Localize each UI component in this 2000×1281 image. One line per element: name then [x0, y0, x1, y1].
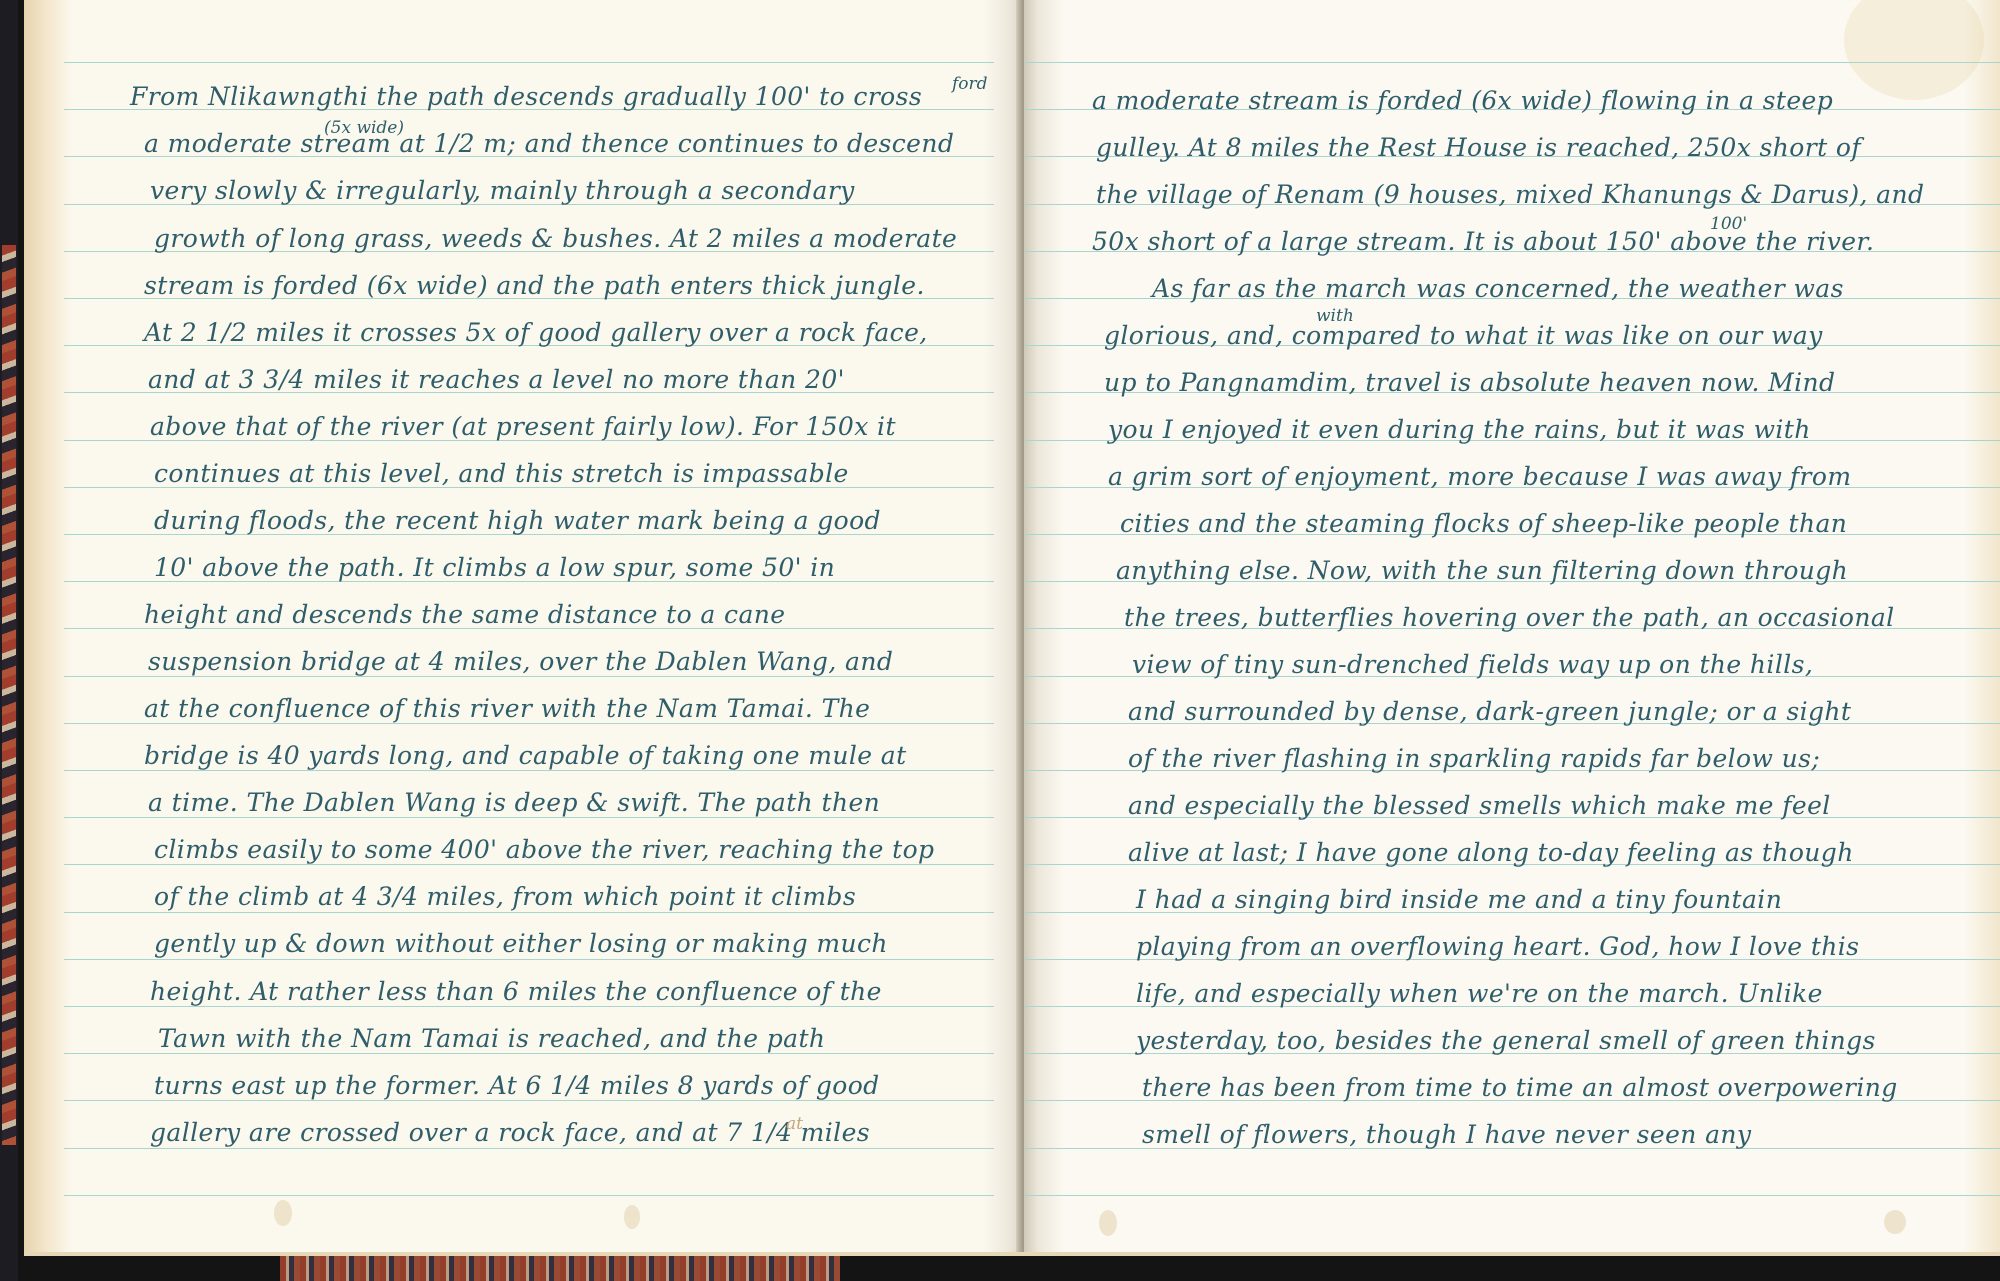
- margin-annotation: at: [786, 1114, 803, 1134]
- text-line: 50x short of a large stream. It is about…: [1092, 227, 1874, 256]
- text-line: playing from an overflowing heart. God, …: [1136, 932, 1859, 961]
- paper-stain: [624, 1205, 640, 1229]
- text-line: the village of Renam (9 houses, mixed Kh…: [1096, 180, 1924, 209]
- ruled-line: [64, 864, 994, 865]
- text-line: life, and especially when we're on the m…: [1136, 979, 1823, 1008]
- text-line: anything else. Now, with the sun filteri…: [1116, 556, 1848, 585]
- text-line: bridge is 40 yards long, and capable of …: [144, 741, 907, 770]
- text-line: turns east up the former. At 6 1/4 miles…: [154, 1071, 880, 1100]
- text-line: above that of the river (at present fair…: [150, 412, 896, 441]
- text-line: gently up & down without either losing o…: [154, 929, 888, 958]
- margin-annotation: (5x wide): [324, 118, 404, 138]
- ruled-line: [64, 1053, 994, 1054]
- ruled-line: [64, 1195, 994, 1196]
- text-line: cities and the steaming flocks of sheep-…: [1120, 509, 1847, 538]
- text-line: smell of flowers, though I have never se…: [1142, 1120, 1751, 1149]
- text-line: at the confluence of this river with the…: [144, 694, 870, 723]
- text-line: Tawn with the Nam Tamai is reached, and …: [158, 1024, 825, 1053]
- marbled-endpaper-bottom: [280, 1254, 840, 1281]
- paper-stain: [1099, 1210, 1117, 1236]
- ruled-line: [64, 817, 994, 818]
- right-page: a moderate stream is forded (6x wide) fl…: [1024, 0, 2000, 1256]
- text-line: gulley. At 8 miles the Rest House is rea…: [1096, 133, 1861, 162]
- text-line: At 2 1/2 miles it crosses 5x of good gal…: [144, 318, 928, 347]
- text-line: you I enjoyed it even during the rains, …: [1108, 415, 1811, 444]
- text-line: there has been from time to time an almo…: [1142, 1073, 1898, 1102]
- marbled-endpaper-edge: [2, 245, 16, 1145]
- text-line: height. At rather less than 6 miles the …: [150, 977, 882, 1006]
- paper-stain: [1844, 0, 1984, 100]
- text-line: and at 3 3/4 miles it reaches a level no…: [148, 365, 845, 394]
- text-line: gallery are crossed over a rock face, an…: [150, 1118, 870, 1147]
- margin-annotation: 100': [1710, 214, 1747, 234]
- ruled-line: [64, 62, 994, 63]
- text-line: alive at last; I have gone along to-day …: [1128, 838, 1854, 867]
- text-line: yesterday, too, besides the general smel…: [1136, 1026, 1876, 1055]
- text-line: and surrounded by dense, dark-green jung…: [1128, 697, 1851, 726]
- ruled-line: [64, 770, 994, 771]
- text-line: view of tiny sun-drenched fields way up …: [1132, 650, 1813, 679]
- paper-stain: [274, 1200, 292, 1226]
- ruled-line: [64, 1148, 994, 1149]
- text-line: the trees, butterflies hovering over the…: [1124, 603, 1895, 632]
- ruled-line: [64, 1006, 994, 1007]
- ruled-line: [1024, 1195, 2000, 1196]
- text-line: climbs easily to some 400' above the riv…: [154, 835, 934, 864]
- text-line: growth of long grass, weeds & bushes. At…: [154, 224, 957, 253]
- text-line: of the river flashing in sparkling rapid…: [1128, 744, 1820, 773]
- text-line: 10' above the path. It climbs a low spur…: [154, 553, 835, 582]
- text-line: I had a singing bird inside me and a tin…: [1136, 885, 1782, 914]
- text-line: of the climb at 4 3/4 miles, from which …: [154, 882, 856, 911]
- text-line: very slowly & irregularly, mainly throug…: [150, 176, 855, 205]
- text-line: continues at this level, and this stretc…: [154, 459, 849, 488]
- text-line: and especially the blessed smells which …: [1128, 791, 1831, 820]
- paper-stain: [1884, 1210, 1906, 1234]
- text-line: a moderate stream is forded (6x wide) fl…: [1092, 86, 1833, 115]
- ruled-line: [64, 912, 994, 913]
- ruled-line: [64, 1100, 994, 1101]
- text-line: suspension bridge at 4 miles, over the D…: [148, 647, 893, 676]
- ruled-line: [1024, 62, 2000, 63]
- text-line: stream is forded (6x wide) and the path …: [144, 271, 925, 300]
- text-line: during floods, the recent high water mar…: [154, 506, 881, 535]
- text-line: a moderate stream at 1/2 m; and thence c…: [144, 129, 954, 158]
- text-line: glorious, and, compared to what it was l…: [1104, 321, 1823, 350]
- ruled-line: [64, 959, 994, 960]
- text-line: a time. The Dablen Wang is deep & swift.…: [148, 788, 880, 817]
- text-line: up to Pangnamdim, travel is absolute hea…: [1104, 368, 1835, 397]
- left-page: From Nlikawngthi the path descends gradu…: [24, 0, 1024, 1256]
- text-line: a grim sort of enjoyment, more because I…: [1108, 462, 1851, 491]
- text-line: As far as the march was concerned, the w…: [1152, 274, 1844, 303]
- text-line: From Nlikawngthi the path descends gradu…: [130, 82, 922, 111]
- margin-annotation: ford: [952, 74, 988, 94]
- margin-annotation: with: [1316, 306, 1354, 326]
- text-line: height and descends the same distance to…: [144, 600, 785, 629]
